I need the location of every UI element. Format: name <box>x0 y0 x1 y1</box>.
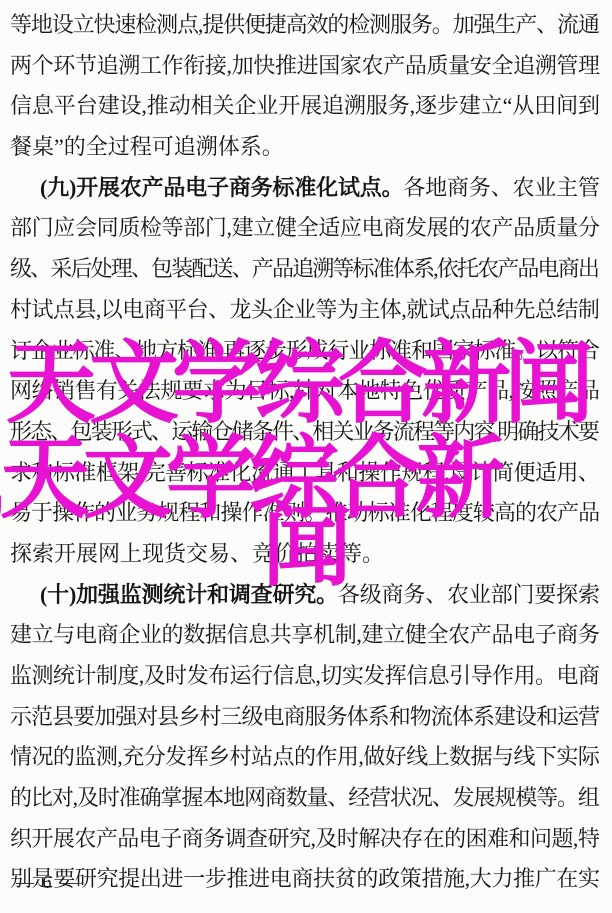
text-line: 示范县要加强对县乡村三级电商服务体系和物流体系建设和运营 <box>10 697 600 738</box>
text-line: 部门应会同质检等部门,建立健全适应电商发展的农产品质量分 <box>10 208 600 249</box>
text-line: 订企业标准、地方标准,再逐步形成行业标准和国家标准。以符合 <box>10 331 600 372</box>
text-line: (九)开展农产品电子商务标准化试点。各地商务、农业主管 <box>10 168 600 209</box>
text-segment: 求和标准框架,完善标准化流通工具和操作规程,设计简便适用、 <box>10 460 599 485</box>
text-line: (十)加强监测统计和调查研究。各级商务、农业部门要探索 <box>10 575 600 616</box>
text-segment: 村试点县,以电商平台、龙头企业等为主体,就试点品种先总结制 <box>10 297 599 322</box>
document-text: 等地设立快速检测点,提供便捷高效的检测服务。加强生产、流通两个环节追溯工作衔接,… <box>10 5 600 900</box>
text-segment: 探索开展网上现货交易、竞价拍卖等。 <box>10 541 384 566</box>
text-line: 网络销售有关法规要求为目标,针对本地特色优质产品,按照产品 <box>10 371 600 412</box>
text-segment: 网络销售有关法规要求为目标,针对本地特色优质产品,按照产品 <box>10 378 599 403</box>
text-line: 两个环节追溯工作衔接,加快推进国家农产品质量安全追溯管理 <box>10 46 600 87</box>
text-segment: 易于操作的业务规程和操作准则。推动标准化程度较高的农产品 <box>10 500 599 525</box>
text-segment: 两个环节追溯工作衔接,加快推进国家农产品质量安全追溯管理 <box>10 53 600 78</box>
text-line: 别是要研究提出进一步推进电商扶贫的政策措施,大力推广在实 <box>10 859 600 900</box>
text-segment: 别是要研究提出进一步推进电商扶贫的政策措施,大力推广在实 <box>10 866 600 891</box>
text-line: 等地设立快速检测点,提供便捷高效的检测服务。加强生产、流通 <box>10 5 600 46</box>
text-segment: 形态、包装形式、运输仓储条件、相关业务流程等内容,明确技术要 <box>10 419 598 444</box>
text-segment: 监测统计制度,及时发布运行信息,切实发挥信息引导作用。电商 <box>10 663 599 688</box>
page-container: 等地设立快速检测点,提供便捷高效的检测服务。加强生产、流通两个环节追溯工作衔接,… <box>0 0 612 913</box>
bold-text-segment: (十)加强监测统计和调查研究。 <box>40 582 338 607</box>
text-segment: 订企业标准、地方标准,再逐步形成行业标准和国家标准。以符合 <box>10 338 599 363</box>
text-segment: 各级商务、农业部门要探索 <box>338 582 600 607</box>
text-segment: 织开展农产品电子商务调查研究,及时解决存在的困难和问题,特 <box>10 826 599 851</box>
text-line: 形态、包装形式、运输仓储条件、相关业务流程等内容,明确技术要 <box>10 412 600 453</box>
text-line: 的比对,及时准确掌握本地网商数量、经营状况、发展规模等。组 <box>10 778 600 819</box>
text-segment: 各地商务、农业主管 <box>403 175 599 200</box>
text-line: 织开展农产品电子商务调查研究,及时解决存在的困难和问题,特 <box>10 819 600 860</box>
bold-text-segment: (九)开展农产品电子商务标准化试点。 <box>40 175 403 200</box>
text-segment: 信息平台建设,推动相关企业开展追溯服务,逐步建立“从田间到 <box>10 93 600 118</box>
text-line: 级、采后处理、包装配送、产品追溯等标准体系,依托农产品电商出 <box>10 249 600 290</box>
page-number: — 6 — <box>16 872 80 893</box>
text-line: 村试点县,以电商平台、龙头企业等为主体,就试点品种先总结制 <box>10 290 600 331</box>
text-segment: 情况的监测,充分发挥乡村站点的作用,做好线上数据与线下实际 <box>10 744 599 769</box>
text-line: 餐桌”的全过程可追溯体系。 <box>10 127 600 168</box>
text-segment: 餐桌”的全过程可追溯体系。 <box>10 134 284 159</box>
text-line: 监测统计制度,及时发布运行信息,切实发挥信息引导作用。电商 <box>10 656 600 697</box>
text-line: 信息平台建设,推动相关企业开展追溯服务,逐步建立“从田间到 <box>10 86 600 127</box>
text-segment: 级、采后处理、包装配送、产品追溯等标准体系,依托农产品电商出 <box>10 256 598 281</box>
text-line: 探索开展网上现货交易、竞价拍卖等。 <box>10 534 600 575</box>
text-line: 求和标准框架,完善标准化流通工具和操作规程,设计简便适用、 <box>10 453 600 494</box>
text-line: 建立与电商企业的数据信息共享机制,建立健全农产品电子商务 <box>10 615 600 656</box>
text-line: 易于操作的业务规程和操作准则。推动标准化程度较高的农产品 <box>10 493 600 534</box>
text-line: 情况的监测,充分发挥乡村站点的作用,做好线上数据与线下实际 <box>10 737 600 778</box>
text-segment: 部门应会同质检等部门,建立健全适应电商发展的农产品质量分 <box>10 215 600 240</box>
text-segment: 建立与电商企业的数据信息共享机制,建立健全农产品电子商务 <box>10 622 600 647</box>
text-segment: 等地设立快速检测点,提供便捷高效的检测服务。加强生产、流通 <box>10 12 599 37</box>
text-segment: 示范县要加强对县乡村三级电商服务体系和物流体系建设和运营 <box>10 704 599 729</box>
text-segment: 的比对,及时准确掌握本地网商数量、经营状况、发展规模等。组 <box>10 785 599 810</box>
